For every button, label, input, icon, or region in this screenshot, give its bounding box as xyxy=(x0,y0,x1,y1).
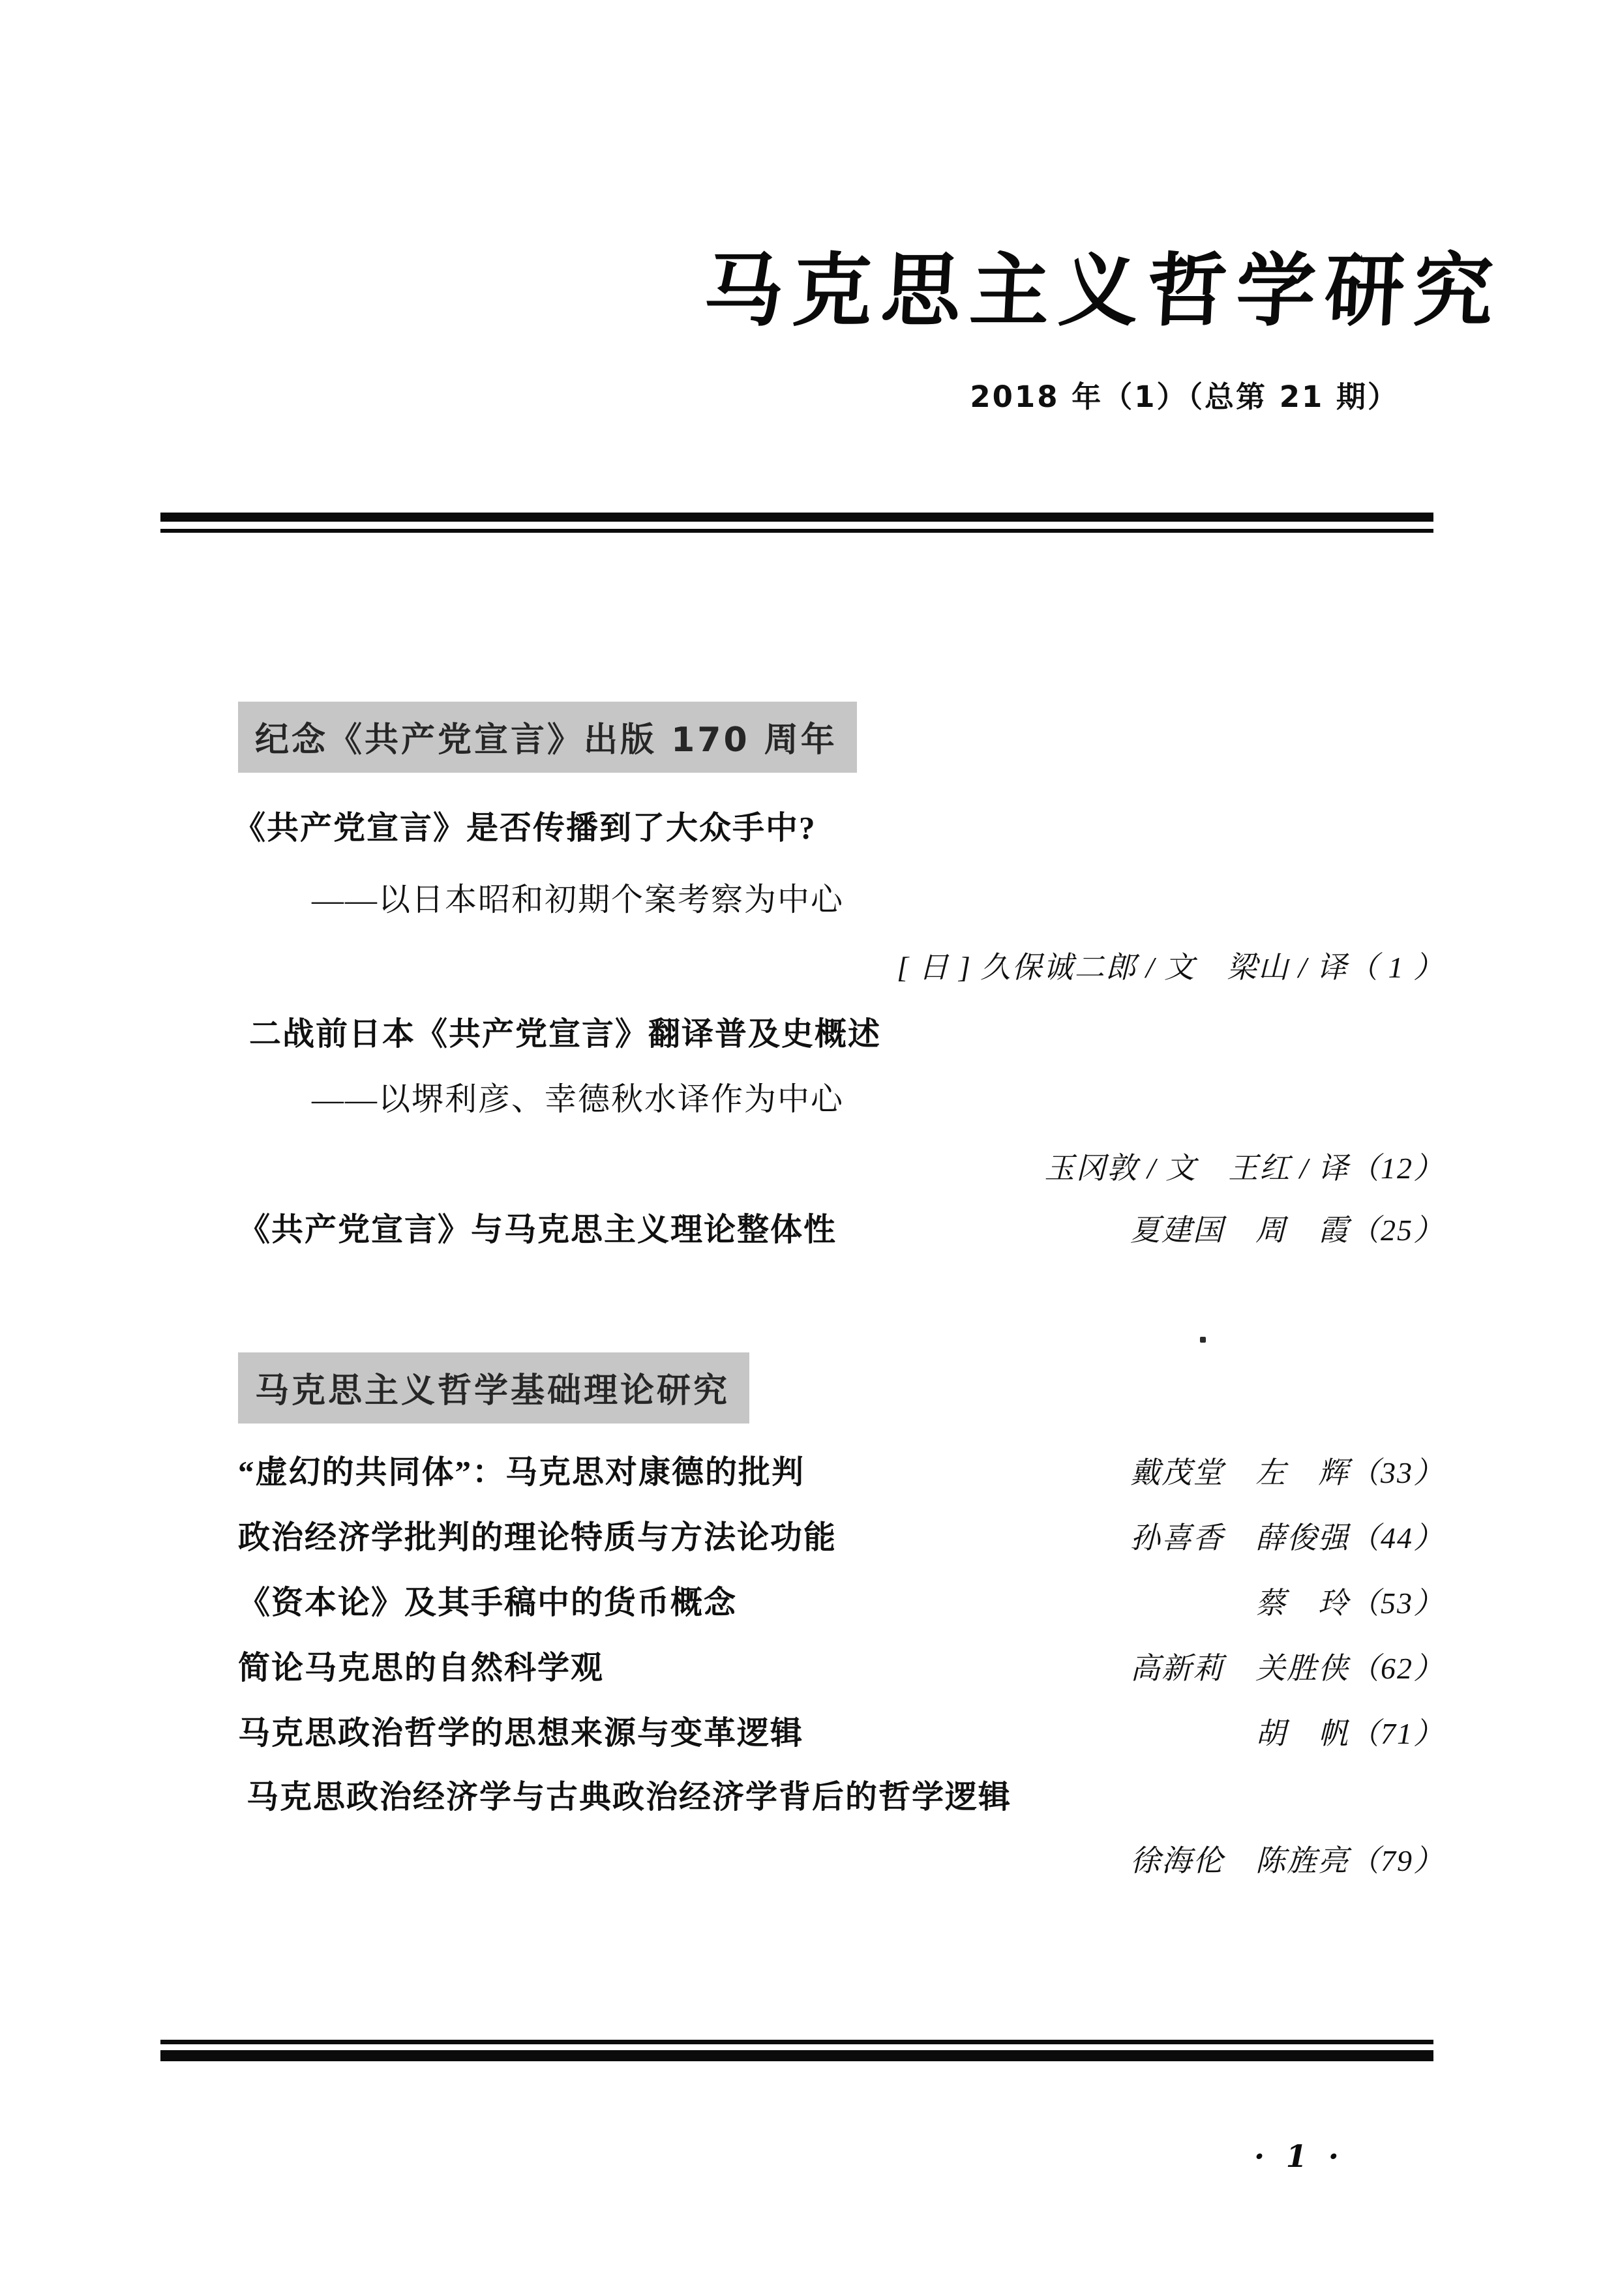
rule-bar-thin xyxy=(160,2040,1433,2044)
article-authors: 胡 帆 xyxy=(1255,1717,1349,1750)
article-title: 政治经济学批判的理论特质与方法论功能 xyxy=(238,1518,837,1557)
toc-row: 《资本论》及其手稿中的货币概念 蔡 玲（53） xyxy=(238,1583,1445,1623)
article-authors: 徐海伦 陈旌亮 xyxy=(1130,1844,1349,1877)
section-header-manifesto-170: 纪念《共产党宣言》出版 170 周年 xyxy=(238,702,857,773)
rule-bar-thick xyxy=(160,513,1433,522)
article-title: 马克思政治哲学的思想来源与变革逻辑 xyxy=(238,1714,803,1753)
article-page-number: （79） xyxy=(1349,1844,1445,1877)
scan-artifact-dot xyxy=(1200,1337,1206,1343)
article-byline: [ 日 ] 久保诚二郎 / 文 梁山 / 译（ 1 ） xyxy=(238,948,1445,987)
article-title: 《共产党宣言》是否传播到了大众手中? xyxy=(233,809,816,848)
section-header-basic-theory: 马克思主义哲学基础理论研究 xyxy=(238,1352,749,1424)
article-title: 《共产党宣言》与马克思主义理论整体性 xyxy=(238,1210,837,1249)
toc-row: “虚幻的共同体”：马克思对康德的批判 戴茂堂 左 辉（33） xyxy=(238,1453,1445,1493)
article-page-number: （62） xyxy=(1349,1652,1445,1685)
article-page-number: （25） xyxy=(1349,1214,1445,1247)
journal-title: 马克思主义哲学研究 xyxy=(701,227,1437,341)
article-authors: 蔡 玲 xyxy=(1255,1587,1349,1620)
rule-bar-thick xyxy=(160,2050,1433,2061)
article-subtitle: ——以堺利彦、幸德秋水译作为中心 xyxy=(312,1080,844,1119)
article-byline: 蔡 玲（53） xyxy=(1255,1584,1445,1623)
article-byline: 夏建国 周 霞（25） xyxy=(1130,1211,1445,1250)
article-subtitle: ——以日本昭和初期个案考察为中心 xyxy=(312,880,844,919)
article-page-number: （44） xyxy=(1349,1521,1445,1555)
article-title: 简论马克思的自然科学观 xyxy=(238,1648,604,1688)
toc-row: 马克思政治哲学的思想来源与变革逻辑 胡 帆（71） xyxy=(238,1714,1445,1753)
article-byline: 胡 帆（71） xyxy=(1255,1714,1445,1753)
journal-issue-line: 2018 年（1）（总第 21 期） xyxy=(970,373,1399,415)
article-title: “虚幻的共同体”：马克思对康德的批判 xyxy=(238,1453,805,1492)
article-authors: 孙喜香 薛俊强 xyxy=(1130,1521,1349,1555)
article-page-number: （ 1 ） xyxy=(1348,951,1445,984)
article-byline: 徐海伦 陈旌亮（79） xyxy=(238,1841,1445,1881)
article-authors: [ 日 ] 久保诚二郎 / 文 梁山 / 译 xyxy=(897,951,1348,984)
article-authors: 戴茂堂 左 辉 xyxy=(1130,1456,1349,1489)
rule-bar-gap xyxy=(160,2044,1433,2050)
toc-row: 《共产党宣言》与马克思主义理论整体性 夏建国 周 霞（25） xyxy=(238,1210,1445,1250)
rule-bar-gap xyxy=(160,522,1433,529)
journal-toc-page: 马克思主义哲学研究 2018 年（1）（总第 21 期） 纪念《共产党宣言》出版… xyxy=(0,0,1618,2296)
rule-bar-thin xyxy=(160,529,1433,533)
article-page-number: （71） xyxy=(1349,1717,1445,1750)
bottom-double-rule xyxy=(160,2040,1433,2061)
article-byline: 孙喜香 薛俊强（44） xyxy=(1130,1519,1445,1558)
article-page-number: （53） xyxy=(1349,1587,1445,1620)
article-byline: 戴茂堂 左 辉（33） xyxy=(1130,1454,1445,1493)
article-authors: 夏建国 周 霞 xyxy=(1130,1214,1349,1247)
article-title: 《资本论》及其手稿中的货币概念 xyxy=(238,1583,737,1622)
article-authors: 高新莉 关胜侠 xyxy=(1130,1652,1349,1685)
top-double-rule xyxy=(160,513,1433,533)
article-authors: 玉冈敦 / 文 王红 / 译 xyxy=(1044,1152,1349,1185)
article-title: 二战前日本《共产党宣言》翻译普及史概述 xyxy=(249,1015,881,1054)
article-page-number: （33） xyxy=(1349,1456,1445,1489)
article-byline: 玉冈敦 / 文 王红 / 译（12） xyxy=(238,1149,1445,1188)
toc-row: 政治经济学批判的理论特质与方法论功能 孙喜香 薛俊强（44） xyxy=(238,1518,1445,1558)
toc-row: 简论马克思的自然科学观 高新莉 关胜侠（62） xyxy=(238,1648,1445,1688)
article-title: 马克思政治经济学与古典政治经济学背后的哲学逻辑 xyxy=(247,1778,1011,1817)
article-page-number: （12） xyxy=(1349,1152,1445,1185)
page-number: · 1 · xyxy=(1254,2139,1344,2175)
article-byline: 高新莉 关胜侠（62） xyxy=(1130,1649,1445,1688)
